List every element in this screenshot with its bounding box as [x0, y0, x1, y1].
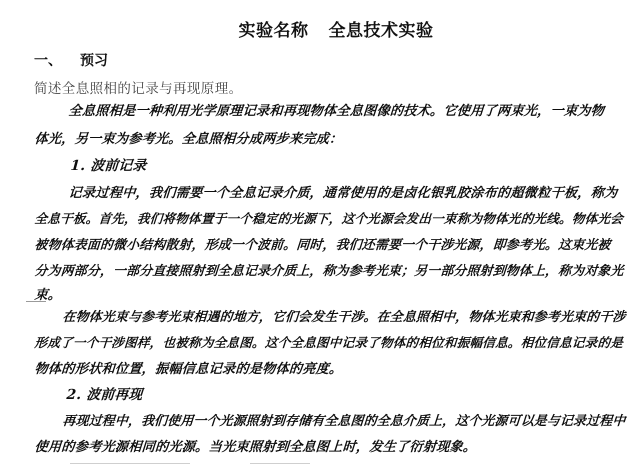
answer-line: 被物体表面的微小结构散射，形成一个波前。同时，我们还需要一个干涉光源，即参考光。… [34, 234, 611, 253]
document-title: 实验名称全息技术实验 [0, 16, 642, 41]
answer-line: 分为两部分，一部分直接照射到全息记录介质上，称为参考光束；另一部分照射到物体上，… [34, 260, 624, 279]
answer-line: 在物体光束与参考光束相遇的地方，它们会发生干涉。在全息照相中，物体光束和参考光束… [62, 306, 626, 325]
title-label: 实验名称 [239, 21, 309, 41]
answer-line: 使用的参考光源相同的光源。当光束照射到全息图上时，发生了衍射现象。 [34, 436, 477, 455]
title-experiment-name: 全息技术实验 [329, 21, 434, 41]
section-heading: 一、预习 [34, 50, 108, 70]
answer-line: 再现过程中，我们使用一个光源照射到存储有全息图的全息介质上，这个光源可以是与记录… [62, 410, 626, 429]
subheading-wavefront-recording: 1. 波前记录 [70, 154, 147, 174]
answer-line: 全息干板。首先，我们将物体置于一个稳定的光源下，这个光源会发出一束称为物体光的光… [34, 208, 624, 227]
answer-line: 物体的形状和位置，振幅信息记录的是物体的亮度。 [34, 358, 343, 377]
document-page: 实验名称全息技术实验 一、预习 简述全息照相的记录与再现原理。 全息照相是一种利… [0, 0, 642, 465]
scan-artifact [250, 463, 310, 464]
answer-line: 体光，另一束为参考光。全息照相分成两步来完成： [34, 128, 343, 147]
scan-artifact [70, 463, 190, 464]
section-label: 预习 [80, 53, 108, 69]
answer-line: 全息照相是一种利用光学原理记录和再现物体全息图像的技术。它使用了两束光，一束为物 [68, 100, 605, 119]
answer-line: 形成了一个干涉图样，也被称为全息图。这个全息图中记录了物体的相位和振幅信息。相位… [34, 332, 624, 351]
question-prompt: 简述全息照相的记录与再现原理。 [34, 77, 243, 97]
subheading-wavefront-reconstruction: 2. 波前再现 [66, 383, 143, 403]
margin-mark [26, 301, 46, 302]
answer-line: 记录过程中，我们需要一个全息记录介质，通常使用的是卤化银乳胶涂布的超微粒干板，称… [68, 182, 618, 201]
section-number: 一、 [34, 53, 62, 69]
